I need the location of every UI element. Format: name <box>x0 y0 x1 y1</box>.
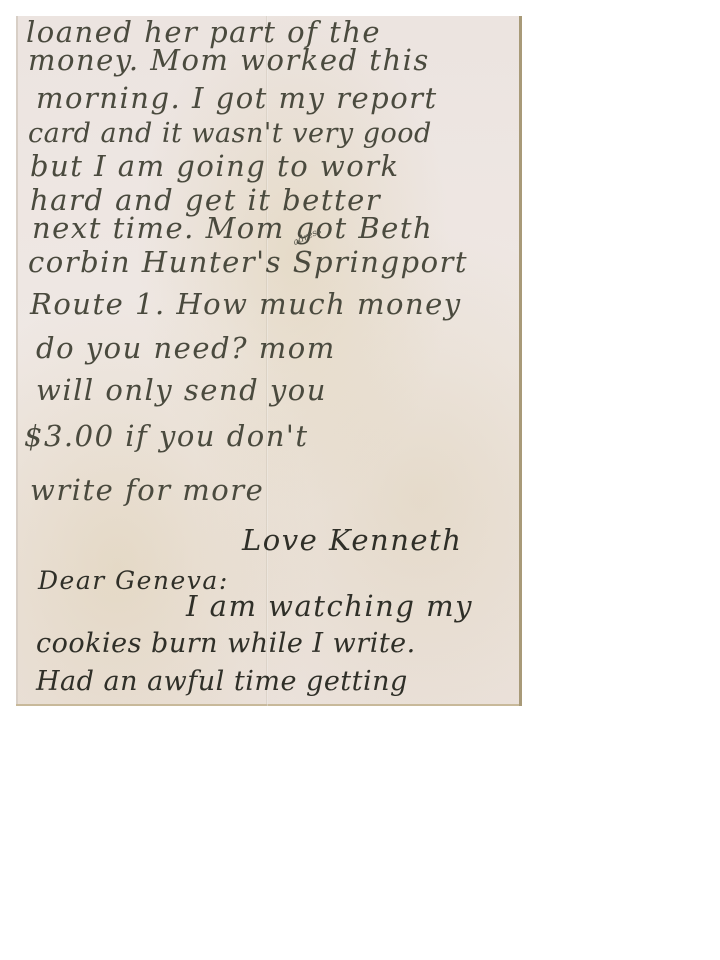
letter-line-18: Had an awful time getting <box>36 668 408 695</box>
letter-line-7: next time. Mom got Beth <box>32 214 433 243</box>
letter-line-10: do you need? mom <box>36 334 336 363</box>
letter-line-3: morning. I got my report <box>36 84 438 113</box>
letter-line-2: money. Mom worked this <box>28 46 430 75</box>
letter-line-11: will only send you <box>36 376 327 405</box>
letter-line-9: Route 1. How much money <box>30 290 462 319</box>
letter-line-17: cookies burn while I write. <box>36 630 416 657</box>
signature-love-kenneth: Love Kenneth <box>242 526 462 555</box>
letter-line-8: corbin Hunter's Springport <box>28 248 468 277</box>
letter-line-5: but I am going to work <box>30 152 400 181</box>
letter-line-16: I am watching my <box>186 592 473 621</box>
letter-line-4: card and it wasn't very good <box>28 120 432 147</box>
letter-line-12: $3.00 if you don't <box>24 422 309 451</box>
letter-line-13: write for more <box>30 476 264 505</box>
letter-page: loaned her part of the money. Mom worked… <box>16 16 522 706</box>
